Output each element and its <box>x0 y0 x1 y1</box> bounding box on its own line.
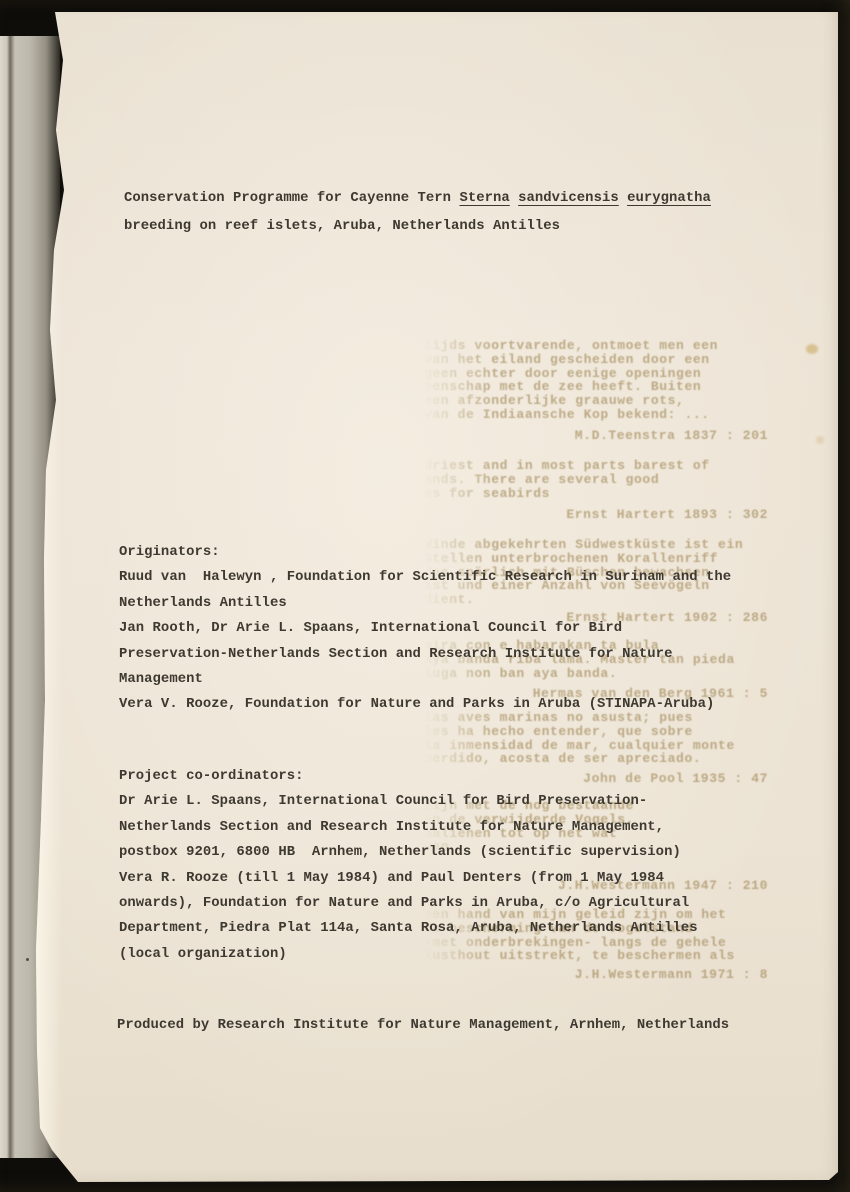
text-line: Originators: <box>119 540 731 565</box>
species-word: sandvicensis <box>518 190 619 206</box>
species-word: eurygnatha <box>627 190 711 206</box>
document-page: tijds voortvarende, ontmoet men eenvan h… <box>0 0 850 1192</box>
coordinators-section: Project co-ordinators:Dr Arie L. Spaans,… <box>119 764 698 967</box>
bleedthrough-attribution: Ernst Hartert 1893 : 302 <box>424 508 776 522</box>
text-line: Management <box>119 667 731 692</box>
text-line: les ha hecho entender, que sobre <box>424 725 776 739</box>
text-line: Ruud van Halewyn , Foundation for Scient… <box>119 565 731 590</box>
bleedthrough-attribution: J.H.Westermann 1971 : 8 <box>424 968 776 982</box>
text-line: Vera R. Rooze (till 1 May 1984) and Paul… <box>119 866 698 891</box>
bleedthrough-lines: tijds voortvarende, ontmoet men eenvan h… <box>424 339 776 422</box>
report-title: Conservation Programme for Cayenne Tern … <box>124 184 711 240</box>
text-line: Vera V. Rooze, Foundation for Nature and… <box>119 692 731 717</box>
title-line-2: breeding on reef islets, Aruba, Netherla… <box>124 212 711 240</box>
bleedthrough-lines: driest and in most parts barest ofands. … <box>424 459 776 500</box>
bleedthrough-lines: las aves marinas no asusta; puesles ha h… <box>424 711 776 766</box>
text-line: Department, Piedra Plat 114a, Santa Rosa… <box>119 916 698 941</box>
originators-section: Originators:Ruud van Halewyn , Foundatio… <box>119 540 731 718</box>
originators-lines: Originators:Ruud van Halewyn , Foundatio… <box>119 540 731 718</box>
text-line: Jan Rooth, Dr Arie L. Spaans, Internatio… <box>119 616 731 641</box>
text-line: van de Indiaansche Kop bekend: ... <box>424 408 776 422</box>
foxing-stain <box>816 436 824 444</box>
coordinators-lines: Project co-ordinators:Dr Arie L. Spaans,… <box>119 764 698 967</box>
text-line: eenschap met de zee heeft. Buiten <box>424 380 776 394</box>
title-prefix: Conservation Programme for Cayenne Tern <box>124 190 459 206</box>
bleedthrough-quote: tijds voortvarende, ontmoet men eenvan h… <box>424 339 776 443</box>
title-line-1: Conservation Programme for Cayenne Tern … <box>124 184 711 212</box>
text-line: van het eiland gescheiden door een <box>424 353 776 367</box>
text-line: een afzonderlijke graauwe rots, <box>424 394 776 408</box>
text-line: Dr Arie L. Spaans, International Council… <box>119 789 698 814</box>
text-line: Netherlands Section and Research Institu… <box>119 815 698 840</box>
text-line: la inmensidad de mar, cualquier monte <box>424 739 776 753</box>
text-line: Project co-ordinators: <box>119 764 698 789</box>
text-line: Preservation-Netherlands Section and Res… <box>119 642 731 667</box>
text-line: onwards), Foundation for Nature and Park… <box>119 891 698 916</box>
text-line: driest and in most parts barest of <box>424 459 776 473</box>
text-line: tijds voortvarende, ontmoet men een <box>424 339 776 353</box>
text-line: es for seabirds <box>424 487 776 501</box>
text-line: postbox 9201, 6800 HB Arnhem, Netherland… <box>119 840 698 865</box>
foxing-stain <box>806 344 818 354</box>
text-line: geen echter door eenige openingen <box>424 367 776 381</box>
scanned-book-photo: tijds voortvarende, ontmoet men eenvan h… <box>0 0 850 1192</box>
bleedthrough-attribution: M.D.Teenstra 1837 : 201 <box>424 429 776 443</box>
text-line: ands. There are several good <box>424 473 776 487</box>
text-line: (local organization) <box>119 942 698 967</box>
bleedthrough-quote: driest and in most parts barest ofands. … <box>424 459 776 522</box>
species-word: Sterna <box>459 190 509 206</box>
text-line: Netherlands Antilles <box>119 591 731 616</box>
produced-by-line: Produced by Research Institute for Natur… <box>117 1013 729 1038</box>
paper-speck <box>26 958 29 961</box>
